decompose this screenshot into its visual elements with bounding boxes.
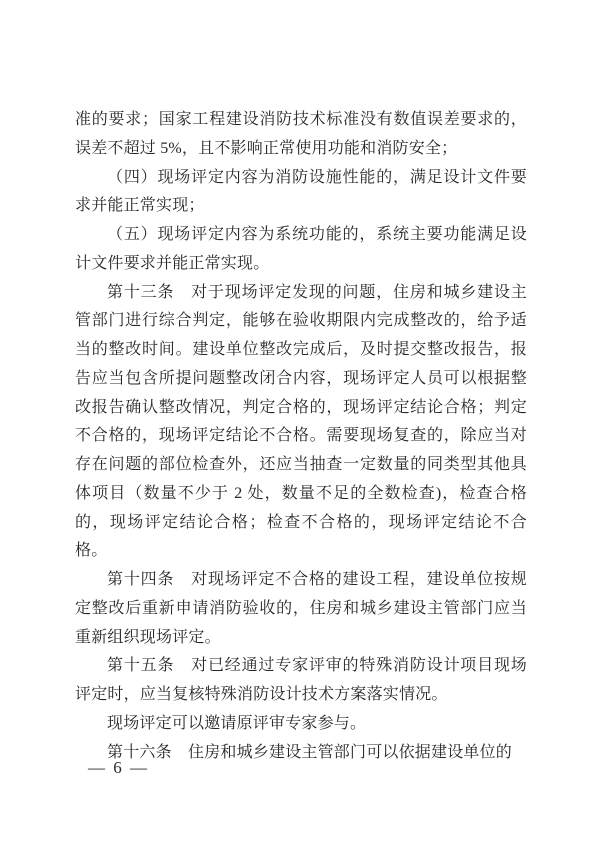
- paragraph-continuation: 准的要求；国家工程建设消防技术标准没有数值误差要求的，误差不超过 5%，且不影响…: [75, 106, 527, 164]
- page-number: — 6 —: [88, 758, 147, 777]
- document-body: 准的要求；国家工程建设消防技术标准没有数值误差要求的，误差不超过 5%，且不影响…: [75, 106, 527, 767]
- paragraph-article-15-supplement: 现场评定可以邀请原评审专家参与。: [75, 710, 527, 739]
- paragraph-item-4: （四）现场评定内容为消防设施性能的，满足设计文件要求并能正常实现；: [75, 164, 527, 222]
- paragraph-article-15: 第十五条 对已经通过专家评审的特殊消防设计项目现场评定时，应当复核特殊消防设计技…: [75, 652, 527, 710]
- paragraph-article-14: 第十四条 对现场评定不合格的建设工程，建设单位按规定整改后重新申请消防验收的，住…: [75, 566, 527, 652]
- document-page: 准的要求；国家工程建设消防技术标准没有数值误差要求的，误差不超过 5%，且不影响…: [0, 0, 600, 848]
- paragraph-article-13: 第十三条 对于现场评定发现的问题，住房和城乡建设主管部门进行综合判定，能够在验收…: [75, 279, 527, 567]
- paragraph-item-5: （五）现场评定内容为系统功能的，系统主要功能满足设计文件要求并能正常实现。: [75, 221, 527, 279]
- page-footer: — 6 —: [88, 756, 147, 780]
